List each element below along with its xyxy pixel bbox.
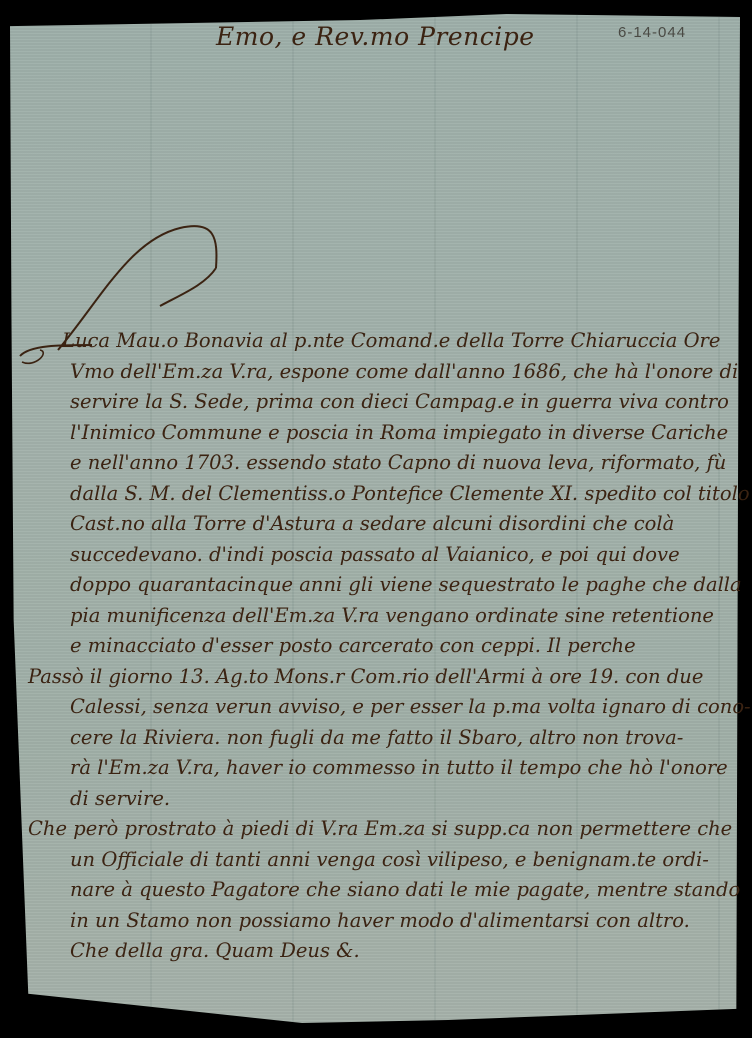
text-line: Passò il giorno 13. Ag.to Mons.r Com.rio… <box>28 662 740 693</box>
text-line: rà l'Em.za V.ra, haver io commesso in tu… <box>28 753 740 784</box>
text-line: pia munificenza dell'Em.za V.ra vengano … <box>28 601 740 632</box>
text-line: l'Inimico Commune e poscia in Roma impie… <box>28 418 740 449</box>
text-line: servire la S. Sede, prima con dieci Camp… <box>28 387 740 418</box>
archive-number: 6-14-044 <box>618 24 686 41</box>
text-line: Luca Mau.o Bonavia al p.nte Comand.e del… <box>28 326 740 357</box>
text-line: e nell'anno 1703. essendo stato Capno di… <box>28 448 740 479</box>
text-line: cere la Riviera. non fugli da me fatto i… <box>28 723 740 754</box>
text-line: succedevano. d'indi poscia passato al Va… <box>28 540 740 571</box>
text-line: Cast.no alla Torre d'Astura a sedare alc… <box>28 509 740 540</box>
request-paragraph: Che però prostrato à piedi di V.ra Em.za… <box>28 814 740 967</box>
text-line: Calessi, senza verun avviso, e per esser… <box>28 692 740 723</box>
text-line: in un Stamo non possiamo haver modo d'al… <box>28 906 740 937</box>
text-line: nare à questo Pagatore che siano dati le… <box>28 875 740 906</box>
petition-text: Luca Mau.o Bonavia al p.nte Comand.e del… <box>28 326 740 967</box>
incident-paragraph: Passò il giorno 13. Ag.to Mons.r Com.rio… <box>28 662 740 815</box>
text-line: Vmo dell'Em.za V.ra, espone come dall'an… <box>28 357 740 388</box>
text-line: Che della gra. Quam Deus &. <box>28 936 740 967</box>
text-line: e minacciato d'esser posto carcerato con… <box>28 631 740 662</box>
petition-body: Luca Mau.o Bonavia al p.nte Comand.e del… <box>28 326 740 662</box>
page-heading: Emo, e Rev.mo Prencipe <box>216 22 535 51</box>
text-line: di servire. <box>28 784 740 815</box>
text-line: dalla S. M. del Clementiss.o Pontefice C… <box>28 479 740 510</box>
text-line: doppo quarantacinque anni gli viene sequ… <box>28 570 740 601</box>
text-line: un Officiale di tanti anni venga così vi… <box>28 845 740 876</box>
text-line: Che però prostrato à piedi di V.ra Em.za… <box>28 814 740 845</box>
